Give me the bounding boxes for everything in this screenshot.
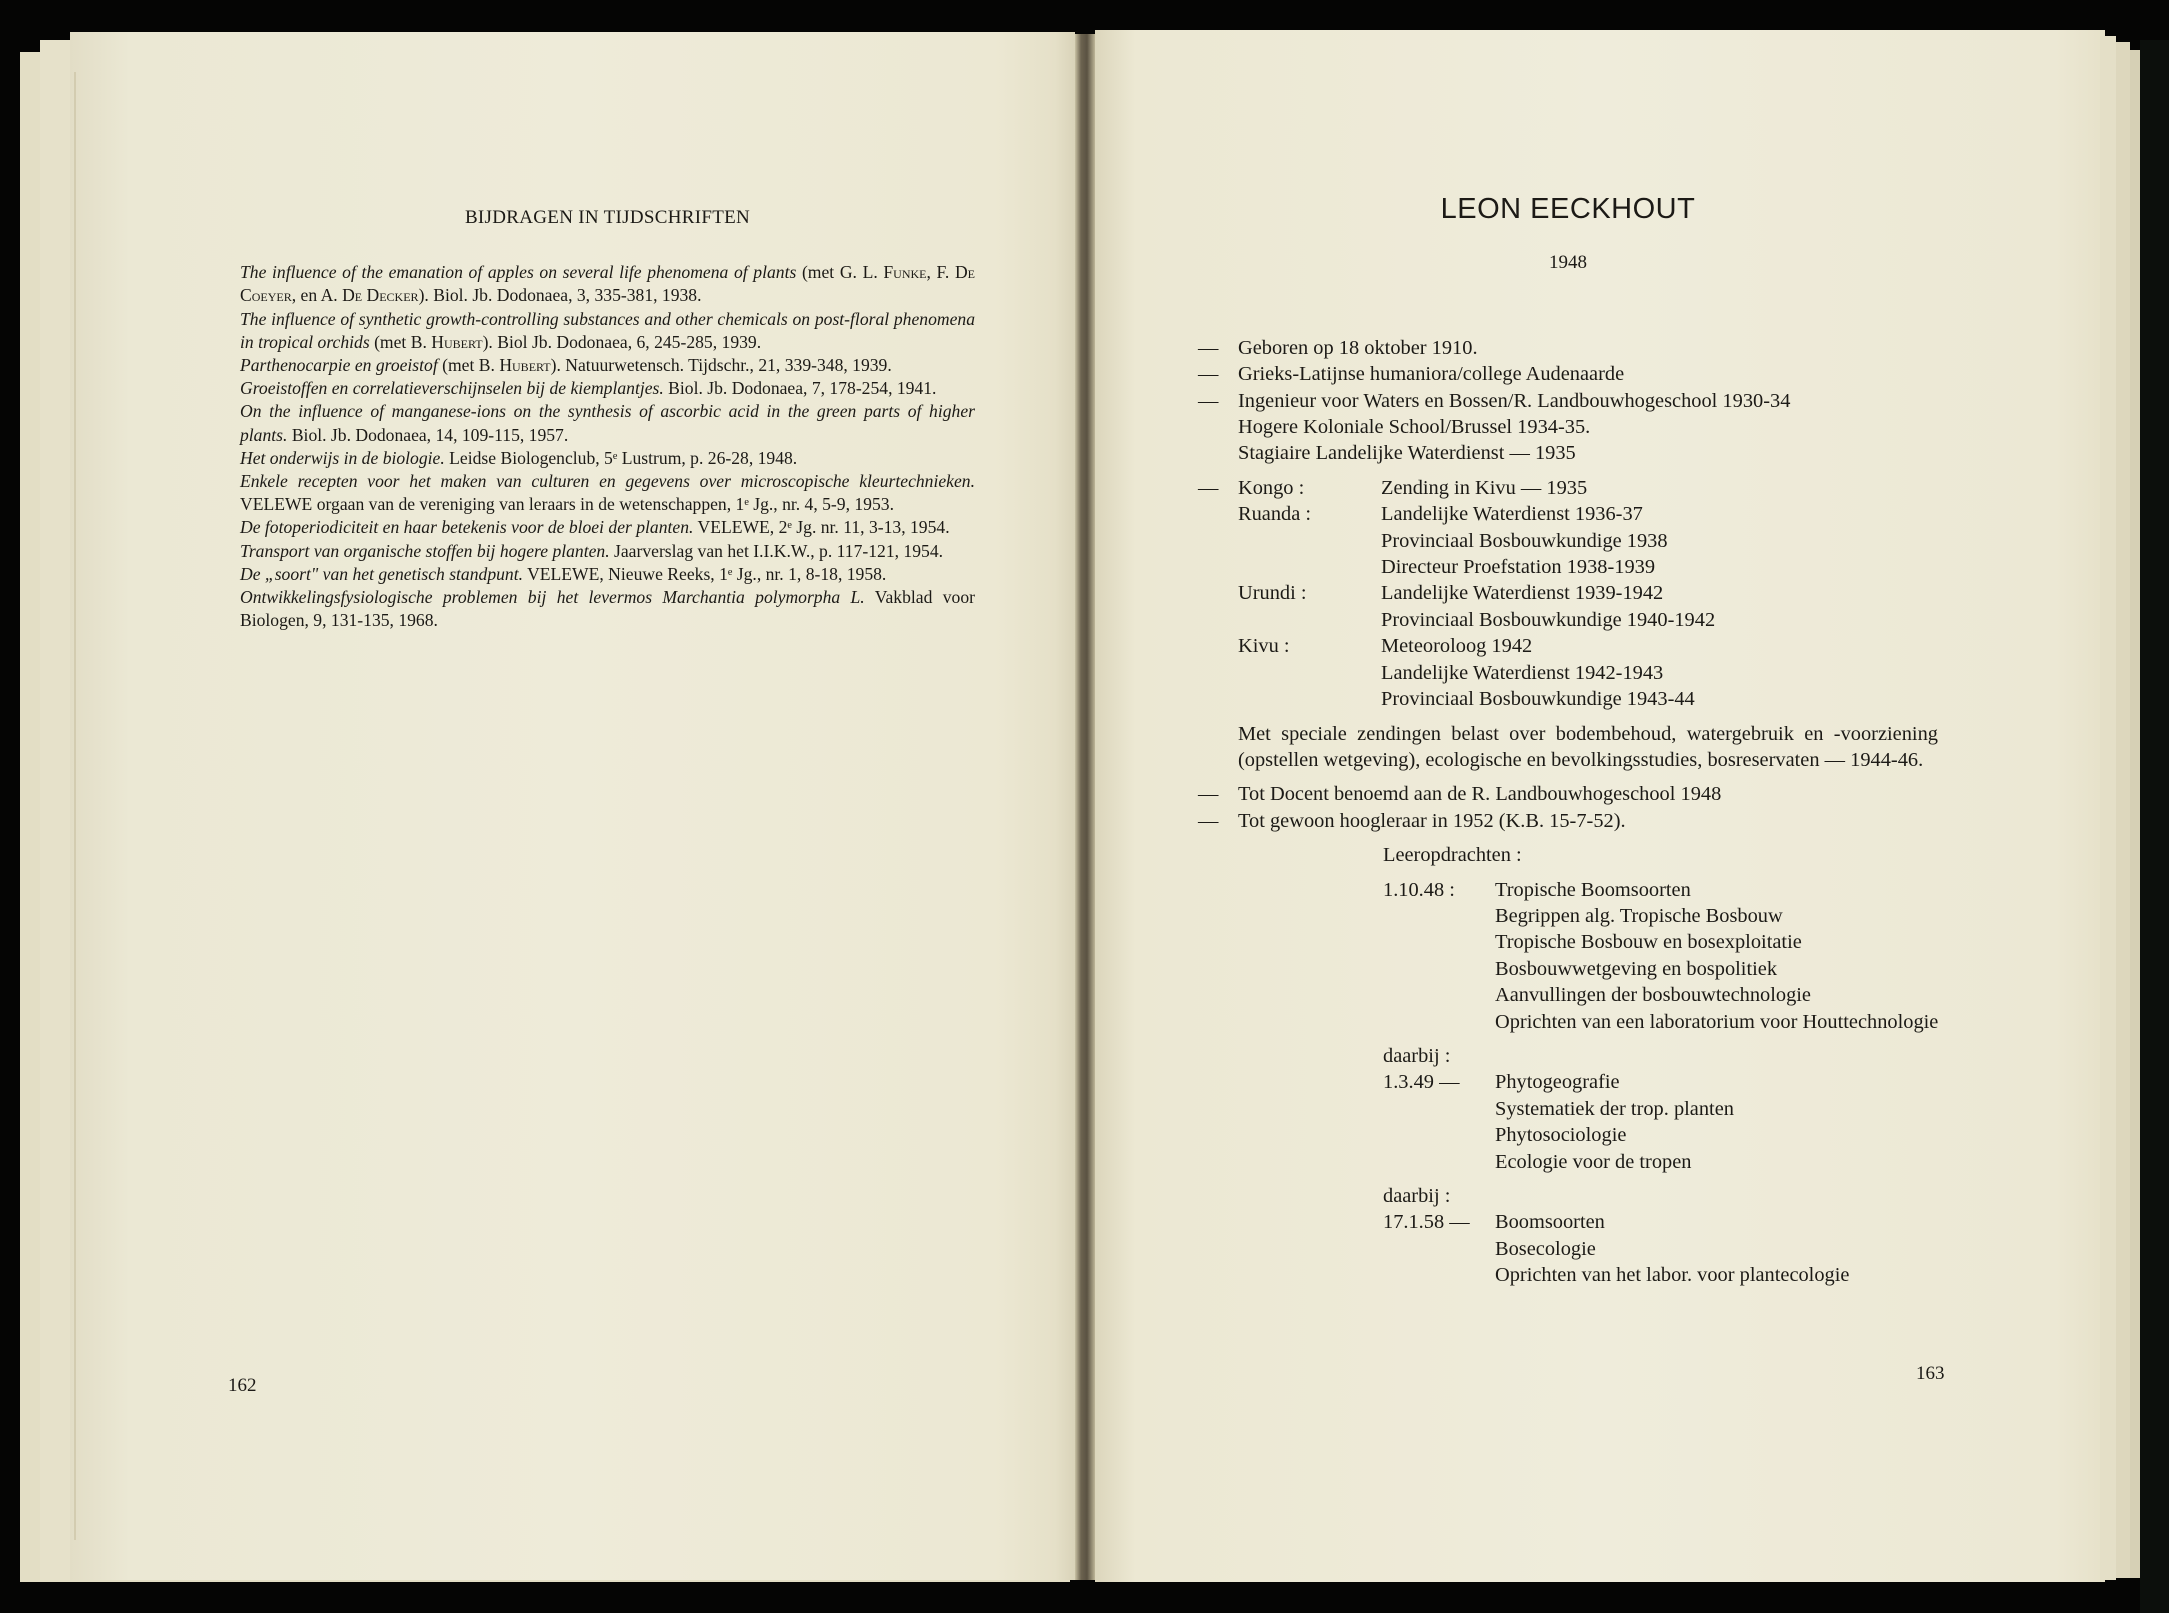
posting-role: Landelijke Waterdienst 1939-1942: [1381, 580, 1663, 606]
posting: Landelijke Waterdienst 1942-1943: [1238, 660, 1663, 686]
entry-title: Het onderwijs in de biologie.: [240, 448, 445, 468]
spacer: [1198, 834, 1958, 842]
right-page-edges: [2100, 36, 2116, 1580]
course-date: [1383, 956, 1495, 982]
posting-line: Directeur Proefstation 1938-1939: [1198, 554, 1958, 580]
course-date: 1.3.49 —: [1383, 1069, 1495, 1095]
posting: Kivu :Meteoroloog 1942: [1238, 633, 1532, 659]
course-row: 17.1.58 —Boomsoorten: [1383, 1209, 1958, 1235]
dash-marker: [1198, 554, 1238, 580]
course-name: Oprichten van het labor. voor plantecolo…: [1495, 1262, 1849, 1288]
course-row: Oprichten van een laboratorium voor Hout…: [1383, 1009, 1958, 1035]
bibliography-entry: De fotoperiodiciteit en haar betekenis v…: [240, 516, 975, 539]
bio-text: Stagiaire Landelijke Waterdienst — 1935: [1238, 440, 1576, 466]
spacer: [1198, 467, 1958, 475]
teaching-intro: daarbij :: [1383, 1043, 1958, 1069]
bibliography-entry: Enkele recepten voor het maken van cultu…: [240, 470, 975, 516]
entry-title: De fotoperiodiciteit en haar betekenis v…: [240, 517, 693, 537]
posting-line: Ruanda :Landelijke Waterdienst 1936-37: [1198, 501, 1958, 527]
dash-marker: [1198, 686, 1238, 712]
posting-role: Provinciaal Bosbouwkundige 1943-44: [1381, 686, 1695, 712]
entry-title: Groeistoffen en correlatieverschijnselen…: [240, 378, 664, 398]
teaching-assignments: Leeropdrachten :1.10.48 :Tropische Booms…: [1383, 842, 1958, 1289]
course-row: Ecologie voor de tropen: [1383, 1149, 1958, 1175]
special-missions: Met speciale zendingen belast over bodem…: [1238, 721, 1938, 774]
bibliography-list: The influence of the emanation of apples…: [240, 261, 975, 632]
spacer: [1383, 869, 1958, 877]
posting: Provinciaal Bosbouwkundige 1940-1942: [1238, 607, 1715, 633]
left-page-content: BIJDRAGEN IN TIJDSCHRIFTEN The influence…: [240, 206, 975, 632]
course-date: [1383, 1122, 1495, 1148]
bio-line: —Ingenieur voor Waters en Bossen/R. Land…: [1198, 388, 1958, 414]
bibliography-entry: Het onderwijs in de biologie. Leidse Bio…: [240, 447, 975, 470]
course-date: [1383, 903, 1495, 929]
bio-line: —Geboren op 18 oktober 1910.: [1198, 335, 1958, 361]
bio-line: —Grieks-Latijnse humaniora/college Auden…: [1198, 361, 1958, 387]
right-page-edges-outer: [2130, 50, 2140, 1578]
dash-marker: [1198, 580, 1238, 606]
bio-text: Ingenieur voor Waters en Bossen/R. Landb…: [1238, 388, 1790, 414]
entry-citation: (met B.: [438, 355, 500, 375]
course-name: Systematiek der trop. planten: [1495, 1096, 1734, 1122]
posting-place: Urundi :: [1238, 580, 1381, 606]
course-name: Boomsoorten: [1495, 1209, 1605, 1235]
course-row: Oprichten van het labor. voor plantecolo…: [1383, 1262, 1958, 1288]
page-edge-line: [74, 72, 76, 1540]
bio-line: Stagiaire Landelijke Waterdienst — 1935: [1198, 440, 1958, 466]
dash-spacer: [1198, 440, 1238, 466]
course-row: Tropische Bosbouw en bosexploitatie: [1383, 929, 1958, 955]
bibliography-entry: The influence of synthetic growth-contro…: [240, 308, 975, 354]
course-name: Ecologie voor de tropen: [1495, 1149, 1691, 1175]
entry-title: Parthenocarpie en groeistof: [240, 355, 438, 375]
posting-role: Directeur Proefstation 1938-1939: [1381, 554, 1655, 580]
course-date: 1.10.48 :: [1383, 877, 1495, 903]
appointment-text: Tot Docent benoemd aan de R. Landbouwhog…: [1238, 781, 1721, 807]
entry-citation: VELEWE orgaan van de vereniging van lera…: [240, 494, 894, 514]
bibliography-entry: The influence of the emanation of apples…: [240, 261, 975, 307]
entry-citation: , F.: [927, 262, 955, 282]
course-row: Systematiek der trop. planten: [1383, 1096, 1958, 1122]
appointment-line: —Tot gewoon hoogleraar in 1952 (K.B. 15-…: [1198, 808, 1958, 834]
posting-line: —Kongo :Zending in Kivu — 1935: [1198, 475, 1958, 501]
dash-marker: —: [1198, 335, 1238, 361]
appointment-line: —Tot Docent benoemd aan de R. Landbouwho…: [1198, 781, 1958, 807]
posting-place: [1238, 554, 1381, 580]
course-row: Bosbouwwetgeving en bospolitiek: [1383, 956, 1958, 982]
bio-text: Geboren op 18 oktober 1910.: [1238, 335, 1478, 361]
bibliography-entry: De „soort" van het genetisch standpunt. …: [240, 563, 975, 586]
posting: Provinciaal Bosbouwkundige 1943-44: [1238, 686, 1695, 712]
spacer: [1198, 713, 1958, 721]
entry-citation: ). Biol Jb. Dodonaea, 6, 245-285, 1939.: [483, 332, 762, 352]
page-number-left: 162: [228, 1375, 257, 1397]
spacer: [1198, 773, 1958, 781]
person-name: LEON EECKHOUT: [1178, 196, 1958, 222]
entry-citation: VELEWE, 2ᵉ Jg. nr. 11, 3-13, 1954.: [693, 517, 949, 537]
entry-title: Enkele recepten voor het maken van cultu…: [240, 471, 975, 491]
biography: —Geboren op 18 oktober 1910.—Grieks-Lati…: [1198, 335, 1958, 1289]
posting-role: Landelijke Waterdienst 1942-1943: [1381, 660, 1663, 686]
course-date: [1383, 1149, 1495, 1175]
course-name: Tropische Boomsoorten: [1495, 877, 1691, 903]
course-row: 1.10.48 :Tropische Boomsoorten: [1383, 877, 1958, 903]
posting-place: Ruanda :: [1238, 501, 1381, 527]
posting-role: Zending in Kivu — 1935: [1381, 475, 1587, 501]
posting-role: Landelijke Waterdienst 1936-37: [1381, 501, 1643, 527]
entry-title: Transport van organische stoffen bij hog…: [240, 541, 610, 561]
course-date: [1383, 982, 1495, 1008]
posting-line: Provinciaal Bosbouwkundige 1940-1942: [1198, 607, 1958, 633]
posting-line: Urundi :Landelijke Waterdienst 1939-1942: [1198, 580, 1958, 606]
course-row: Bosecologie: [1383, 1236, 1958, 1262]
course-row: 1.3.49 —Phytogeografie: [1383, 1069, 1958, 1095]
posting-role: Provinciaal Bosbouwkundige 1938: [1381, 528, 1668, 554]
bio-line: Hogere Koloniale School/Brussel 1934-35.: [1198, 414, 1958, 440]
author-name: De Decker: [342, 285, 418, 305]
year-heading: 1948: [1178, 250, 1958, 276]
course-date: 17.1.58 —: [1383, 1209, 1495, 1235]
dash-marker: —: [1198, 808, 1238, 834]
section-heading: BIJDRAGEN IN TIJDSCHRIFTEN: [240, 206, 975, 229]
entry-citation: Leidse Biologenclub, 5ᵉ Lustrum, p. 26-2…: [445, 448, 797, 468]
posting: Kongo :Zending in Kivu — 1935: [1238, 475, 1587, 501]
dash-spacer: [1198, 414, 1238, 440]
course-name: Phytogeografie: [1495, 1069, 1620, 1095]
page-number-right: 163: [1916, 1363, 1945, 1385]
posting-role: Meteoroloog 1942: [1381, 633, 1532, 659]
posting-role: Provinciaal Bosbouwkundige 1940-1942: [1381, 607, 1715, 633]
course-name: Tropische Bosbouw en bosexploitatie: [1495, 929, 1802, 955]
author-name: Hubert: [499, 355, 550, 375]
course-name: Aanvullingen der bosbouwtechnologie: [1495, 982, 1811, 1008]
course-name: Phytosociologie: [1495, 1122, 1626, 1148]
entry-citation: (met G. L.: [796, 262, 883, 282]
spacer: [1383, 1035, 1958, 1043]
bibliography-entry: Transport van organische stoffen bij hog…: [240, 540, 975, 563]
posting: Ruanda :Landelijke Waterdienst 1936-37: [1238, 501, 1643, 527]
course-date: [1383, 1262, 1495, 1288]
book-cover-edge: [2140, 40, 2169, 1613]
course-row: Begrippen alg. Tropische Bosbouw: [1383, 903, 1958, 929]
bibliography-entry: Ontwikkelingsfysiologische problemen bij…: [240, 586, 975, 632]
course-date: [1383, 1236, 1495, 1262]
entry-citation: ). Natuurwetensch. Tijdschr., 21, 339-34…: [551, 355, 892, 375]
posting-line: Provinciaal Bosbouwkundige 1943-44: [1198, 686, 1958, 712]
dash-marker: —: [1198, 361, 1238, 387]
bibliography-entry: Groeistoffen en correlatieverschijnselen…: [240, 377, 975, 400]
teaching-intro: daarbij :: [1383, 1183, 1958, 1209]
posting-place: [1238, 607, 1381, 633]
entry-citation: ). Biol. Jb. Dodonaea, 3, 335-381, 1938.: [419, 285, 702, 305]
posting-line: Kivu :Meteoroloog 1942: [1198, 633, 1958, 659]
course-name: Oprichten van een laboratorium voor Hout…: [1495, 1009, 1938, 1035]
entry-citation: , en A.: [292, 285, 342, 305]
posting-place: Kongo :: [1238, 475, 1381, 501]
entry-citation: Biol. Jb. Dodonaea, 7, 178-254, 1941.: [664, 378, 937, 398]
posting-place: [1238, 660, 1381, 686]
dash-marker: [1198, 633, 1238, 659]
dash-marker: [1198, 607, 1238, 633]
entry-citation: (met B.: [370, 332, 432, 352]
course-name: Bosecologie: [1495, 1236, 1596, 1262]
entry-citation: VELEWE, Nieuwe Reeks, 1ᵉ Jg., nr. 1, 8-1…: [523, 564, 886, 584]
course-date: [1383, 929, 1495, 955]
course-date: [1383, 1096, 1495, 1122]
posting-line: Provinciaal Bosbouwkundige 1938: [1198, 528, 1958, 554]
course-row: Phytosociologie: [1383, 1122, 1958, 1148]
posting: Urundi :Landelijke Waterdienst 1939-1942: [1238, 580, 1663, 606]
teaching-heading: Leeropdrachten :: [1383, 842, 1958, 868]
author-name: Hubert: [431, 332, 482, 352]
dash-marker: [1198, 528, 1238, 554]
course-row: Aanvullingen der bosbouwtechnologie: [1383, 982, 1958, 1008]
posting-place: [1238, 686, 1381, 712]
entry-title: The influence of the emanation of apples…: [240, 262, 796, 282]
dash-marker: —: [1198, 388, 1238, 414]
course-date: [1383, 1009, 1495, 1035]
entry-citation: Biol. Jb. Dodonaea, 14, 109-115, 1957.: [287, 425, 568, 445]
spacer: [1383, 1175, 1958, 1183]
posting: Provinciaal Bosbouwkundige 1938: [1238, 528, 1668, 554]
author-name: Funke: [883, 262, 926, 282]
course-name: Bosbouwwetgeving en bospolitiek: [1495, 956, 1777, 982]
appointment-text: Tot gewoon hoogleraar in 1952 (K.B. 15-7…: [1238, 808, 1626, 834]
entry-citation: Jaarverslag van het I.I.K.W., p. 117-121…: [610, 541, 943, 561]
bibliography-entry: Parthenocarpie en groeistof (met B. Hube…: [240, 354, 975, 377]
dash-marker: —: [1198, 475, 1238, 501]
dash-marker: [1198, 501, 1238, 527]
entry-title: Ontwikkelingsfysiologische problemen bij…: [240, 587, 865, 607]
posting: Directeur Proefstation 1938-1939: [1238, 554, 1655, 580]
entry-title: De „soort" van het genetisch standpunt.: [240, 564, 523, 584]
dash-marker: [1198, 660, 1238, 686]
posting-line: Landelijke Waterdienst 1942-1943: [1198, 660, 1958, 686]
right-page-edges-mid: [2116, 42, 2130, 1578]
bio-text: Hogere Koloniale School/Brussel 1934-35.: [1238, 414, 1590, 440]
posting-place: [1238, 528, 1381, 554]
bibliography-entry: On the influence of manganese-ions on th…: [240, 400, 975, 446]
course-name: Begrippen alg. Tropische Bosbouw: [1495, 903, 1783, 929]
posting-place: Kivu :: [1238, 633, 1381, 659]
right-page-content: LEON EECKHOUT 1948 —Geboren op 18 oktobe…: [1198, 196, 1958, 1289]
bio-text: Grieks-Latijnse humaniora/college Audena…: [1238, 361, 1624, 387]
book-spine: [1075, 34, 1095, 1580]
dash-marker: —: [1198, 781, 1238, 807]
